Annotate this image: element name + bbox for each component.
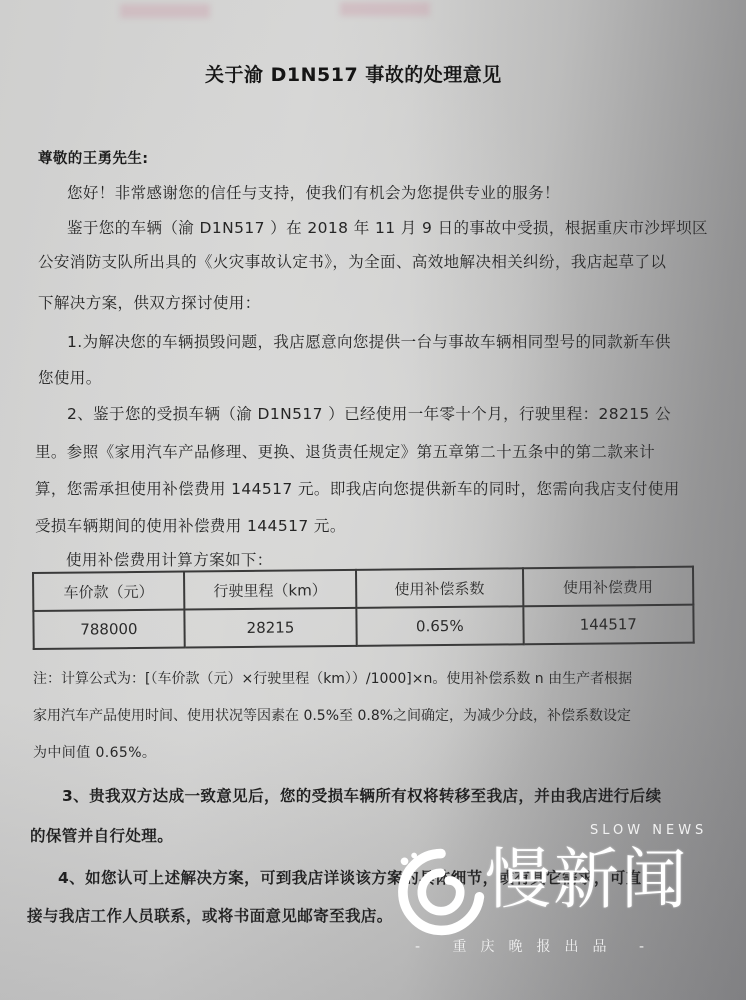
greeting-line: 您好！非常感谢您的信任与支持，使我们有机会为您提供专业的服务！ — [67, 181, 560, 203]
item-2-line: 受损车辆期间的使用补偿费用 144517 元。 — [35, 514, 346, 536]
item-1-line: 1.为解决您的车辆损毁问题，我店愿意向您提供一台与事故车辆相同型号的同款新车供 — [67, 330, 671, 352]
item-2-line: 里。参照《家用汽车产品修理、更换、退货责任规定》第五章第二十五条中的第二款来计 — [35, 440, 655, 462]
note-line: 为中间值 0.65%。 — [33, 742, 156, 762]
table-header-row: 车价款（元） 行驶里程（km） 使用补偿系数 使用补偿费用 — [33, 567, 693, 611]
watermark-publisher: - 重庆晚报出品 - — [415, 936, 658, 956]
spiral-at-logo-icon — [393, 844, 489, 940]
item-1-line: 您使用。 — [38, 366, 102, 388]
paragraph-line: 鉴于您的车辆（渝 D1N517 ）在 2018 年 11 月 9 日的事故中受损… — [67, 216, 708, 238]
paragraph-line: 公安消防支队所出具的《火灾事故认定书》，为全面、高效地解决相关纠纷，我店起草了以 — [38, 250, 666, 272]
table-header-cell: 使用补偿费用 — [522, 567, 693, 607]
item-4-line: 接与我店工作人员联系，或将书面意见邮寄至我店。 — [27, 904, 393, 926]
table-cell-mileage: 28215 — [184, 608, 357, 648]
salutation: 尊敬的王勇先生: — [38, 147, 149, 168]
table-cell-coefficient: 0.65% — [356, 606, 523, 646]
document-title: 关于渝 D1N517 事故的处理意见 — [205, 60, 502, 87]
paragraph-line: 下解决方案，供双方探讨使用： — [38, 291, 261, 313]
watermark-english: SLOW NEWS — [590, 823, 707, 838]
table-cell-car-price: 788000 — [33, 610, 184, 649]
table-header-cell: 使用补偿系数 — [356, 568, 523, 608]
table-row: 788000 28215 0.65% 144517 — [33, 605, 693, 649]
item-2-line: 算，您需承担使用补偿费用 144517 元。即我店向您提供新车的同时，您需向我店… — [35, 477, 680, 499]
slow-news-watermark: SLOW NEWS 慢新闻 - 重庆晚报出品 - — [385, 820, 725, 960]
item-2-line: 2、鉴于您的受损车辆（渝 D1N517 ）已经使用一年零十个月，行驶里程：282… — [67, 402, 671, 424]
table-cell-compensation: 144517 — [523, 605, 694, 645]
note-line: 家用汽车产品使用时间、使用状况等因素在 0.5%至 0.8%之间确定，为减少分歧… — [33, 705, 631, 725]
item-3-line: 的保管并自行处理。 — [30, 824, 173, 846]
table-caption: 使用补偿费用计算方案如下： — [66, 548, 273, 570]
table-header-cell: 车价款（元） — [33, 572, 184, 611]
table-header-cell: 行驶里程（km） — [184, 570, 357, 610]
watermark-name: 慢新闻 — [485, 840, 689, 920]
note-line: 注：计算公式为：[（车价款（元）×行驶里程（km））/1000]×n。使用补偿系… — [33, 668, 632, 688]
item-3-line: 3、贵我双方达成一致意见后，您的受损车辆所有权将转移至我店，并由我店进行后续 — [62, 784, 662, 806]
compensation-table: 车价款（元） 行驶里程（km） 使用补偿系数 使用补偿费用 788000 282… — [32, 566, 695, 650]
